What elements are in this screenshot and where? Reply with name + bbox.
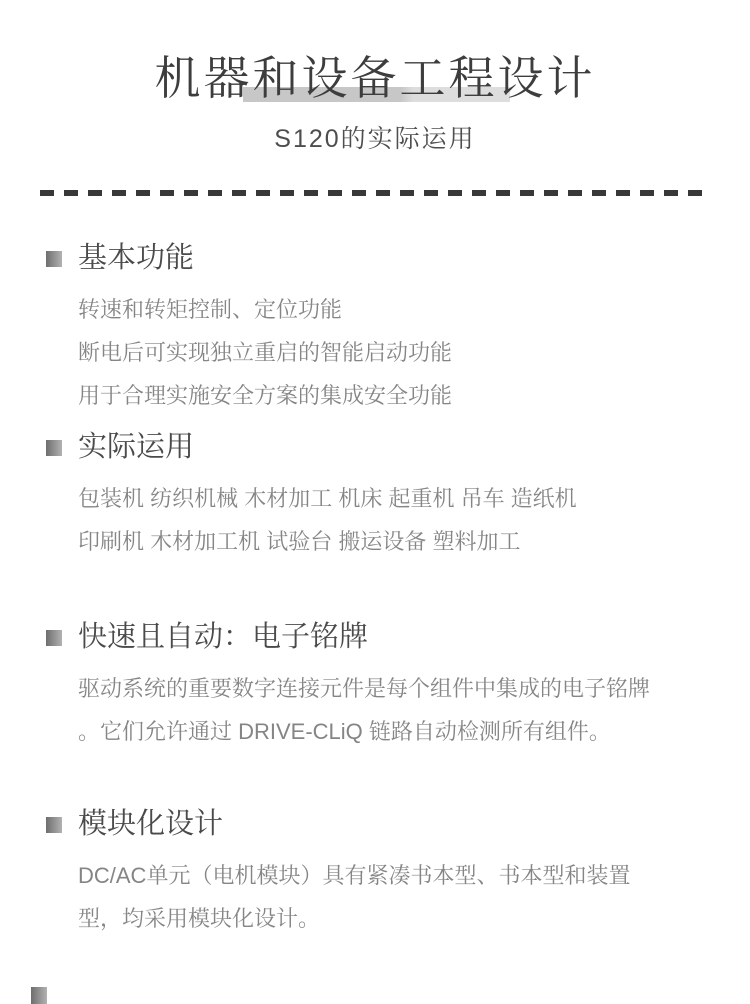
body-line: 。它们允许通过 DRIVE-CLiQ 链路自动检测所有组件。 (78, 710, 710, 753)
square-bullet-icon (46, 817, 62, 833)
content: 基本功能 转速和转矩控制、定位功能 断电后可实现独立重启的智能启动功能 用于合理… (0, 242, 750, 940)
section-body: 包装机 纺织机械 木材加工 机床 起重机 吊车 造纸机 印刷机 木材加工机 试验… (78, 477, 710, 563)
dashed-divider (40, 190, 710, 196)
section-basic-functions: 基本功能 转速和转矩控制、定位功能 断电后可实现独立重启的智能启动功能 用于合理… (46, 242, 710, 417)
header: 机器和设备工程设计 S120的实际运用 (0, 0, 750, 156)
body-line: 断电后可实现独立重启的智能启动功能 (78, 331, 710, 374)
body-line: 转速和转矩控制、定位功能 (78, 288, 710, 331)
square-bullet-icon (46, 440, 62, 456)
section-heading: 实际运用 (78, 431, 194, 464)
section-modular-design: 模块化设计 DC/AC单元（电机模块）具有紧凑书本型、书本型和装置 型，均采用模… (46, 808, 710, 940)
section-heading: 基本功能 (78, 242, 194, 275)
section-heading-row: 实际运用 (46, 431, 710, 464)
section-heading: 模块化设计 (78, 808, 223, 841)
square-bullet-icon (46, 251, 62, 267)
square-bullet-icon (46, 630, 62, 646)
document-page: 机器和设备工程设计 S120的实际运用 基本功能 转速和转矩控制、定位功能 断电… (0, 0, 750, 1004)
body-line: 用于合理实施安全方案的集成安全功能 (78, 374, 710, 417)
section-heading-row: 快速且自动：电子铭牌 (46, 621, 710, 654)
section-body: 驱动系统的重要数字连接元件是每个组件中集成的电子铭牌 。它们允许通过 DRIVE… (78, 667, 710, 753)
section-heading: 快速且自动：电子铭牌 (78, 621, 368, 654)
section-body: 转速和转矩控制、定位功能 断电后可实现独立重启的智能启动功能 用于合理实施安全方… (78, 288, 710, 417)
body-line: DC/AC单元（电机模块）具有紧凑书本型、书本型和装置 (78, 854, 710, 897)
body-line: 包装机 纺织机械 木材加工 机床 起重机 吊车 造纸机 (78, 477, 710, 520)
page-subtitle: S120的实际运用 (0, 123, 750, 156)
body-line: 驱动系统的重要数字连接元件是每个组件中集成的电子铭牌 (78, 667, 710, 710)
body-line: 型，均采用模块化设计。 (78, 897, 710, 940)
body-line: 印刷机 木材加工机 试验台 搬运设备 塑料加工 (78, 520, 710, 563)
section-body: DC/AC单元（电机模块）具有紧凑书本型、书本型和装置 型，均采用模块化设计。 (78, 854, 710, 940)
cutoff-next-section-bullet-icon (31, 987, 47, 1004)
section-heading-row: 基本功能 (46, 242, 710, 275)
section-electronic-nameplate: 快速且自动：电子铭牌 驱动系统的重要数字连接元件是每个组件中集成的电子铭牌 。它… (46, 621, 710, 753)
section-practical-applications: 实际运用 包装机 纺织机械 木材加工 机床 起重机 吊车 造纸机 印刷机 木材加… (46, 431, 710, 563)
page-title: 机器和设备工程设计 (0, 51, 750, 105)
section-heading-row: 模块化设计 (46, 808, 710, 841)
